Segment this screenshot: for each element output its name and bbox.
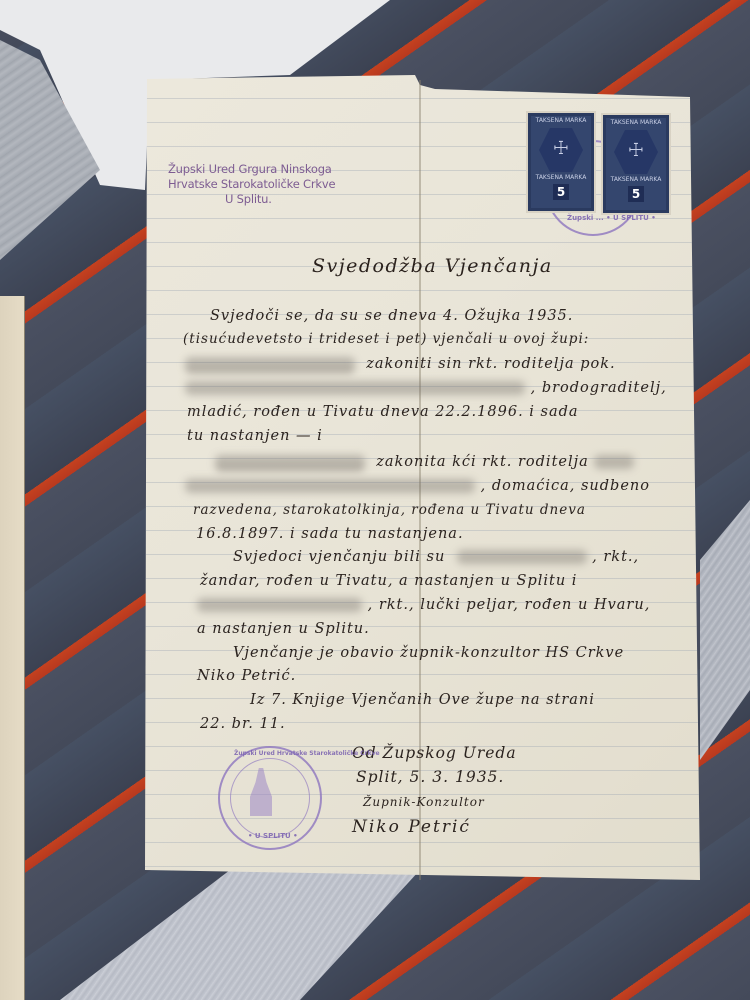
text-line: razvedena, starokatolkinja, rođena u Tiv…: [193, 502, 586, 518]
text-line: , brodograditelj,: [185, 380, 667, 396]
text-line: Iz 7. Knjige Vjenčanih Ove župe na stran…: [250, 692, 595, 708]
text-line: mladić, rođen u Tivatu dneva 22.2.1896. …: [187, 404, 579, 420]
text-line: 16.8.1897. i sada tu nastanjena.: [196, 526, 464, 542]
text-line: tu nastanjen — i: [187, 428, 323, 444]
text-fragment: , rkt., lučki peljar, rođen u Hvaru,: [368, 597, 651, 613]
letterhead-line: Župski Ured Grgura Ninskoga: [168, 162, 335, 177]
adjacent-document-edge: [0, 296, 25, 1000]
redacted-witness: [457, 550, 587, 564]
text-fragment: zakoniti sin rkt. roditelja pok.: [366, 356, 615, 372]
seal-text: Župski ... • U SPLITU •: [567, 214, 656, 222]
seal-ring-text: Župski Ured Hrvatske Starokatoličke Crkv…: [234, 750, 380, 757]
stamp-header: TAKSENA MARKA: [531, 117, 591, 124]
text-line: Vjenčanje je obavio župnik-konzultor HS …: [233, 645, 624, 661]
redacted-witness: [197, 598, 362, 612]
redacted-parents: [185, 381, 525, 395]
letterhead-line: Hrvatske Starokatoličke Crkve: [168, 177, 335, 192]
parish-letterhead-stamp: Župski Ured Grgura Ninskoga Hrvatske Sta…: [168, 162, 335, 207]
text-line: Niko Petrić.: [197, 668, 296, 684]
double-eagle-icon: ☩: [531, 138, 591, 159]
text-fragment: , rkt.,: [592, 549, 639, 565]
stamp-header: TAKSENA MARKA: [531, 174, 591, 181]
text-line: Svjedoči se, da su se dneva 4. Ožujka 19…: [210, 308, 573, 324]
document-title: Svjedodžba Vjenčanja: [312, 255, 553, 277]
letterhead-line: U Splitu.: [168, 192, 335, 207]
place-date: Split, 5. 3. 1935.: [356, 768, 504, 786]
signer-role: Župnik-Konzultor: [363, 795, 485, 809]
text-line: zakonita kći rkt. roditelja: [215, 454, 634, 470]
text-line: Svjedoci vjenčanju bili su , rkt.,: [233, 549, 639, 565]
text-line: (tisućudevetsto i trideset i pet) vjenča…: [183, 331, 589, 347]
text-fragment: Svjedoci vjenčanju bili su: [233, 549, 445, 565]
text-fragment: zakonita kći rkt. roditelja: [376, 454, 589, 470]
parish-seal-bottom: Župski Ured Hrvatske Starokatoličke Crkv…: [218, 746, 322, 850]
redacted-name: [215, 455, 365, 470]
text-line: 22. br. 11.: [200, 716, 286, 732]
stamp-value: 5: [553, 184, 569, 200]
text-line: , domaćica, sudbeno: [185, 478, 650, 494]
redacted-parents: [185, 479, 475, 493]
text-fragment: , domaćica, sudbeno: [481, 478, 650, 494]
revenue-stamp: TAKSENA MARKA ☩ TAKSENA MARKA 5: [528, 113, 594, 211]
redacted-name: [185, 357, 355, 372]
stamp-header: TAKSENA MARKA: [606, 119, 666, 126]
text-fragment: , brodograditelj,: [531, 380, 667, 396]
revenue-stamp: TAKSENA MARKA ☩ TAKSENA MARKA 5: [603, 115, 669, 213]
text-line: , rkt., lučki peljar, rođen u Hvaru,: [197, 597, 650, 613]
text-line: žandar, rođen u Tivatu, a nastanjen u Sp…: [200, 573, 577, 589]
stamp-value: 5: [628, 186, 644, 202]
text-line: zakoniti sin rkt. roditelja pok.: [185, 356, 616, 372]
double-eagle-icon: ☩: [606, 140, 666, 161]
stamp-header: TAKSENA MARKA: [606, 176, 666, 183]
signature: Niko Petrić: [352, 817, 471, 837]
text-line: a nastanjen u Splitu.: [197, 621, 370, 637]
redacted-name: [594, 455, 634, 469]
seal-bottom-text: • U SPLITU •: [248, 832, 298, 840]
